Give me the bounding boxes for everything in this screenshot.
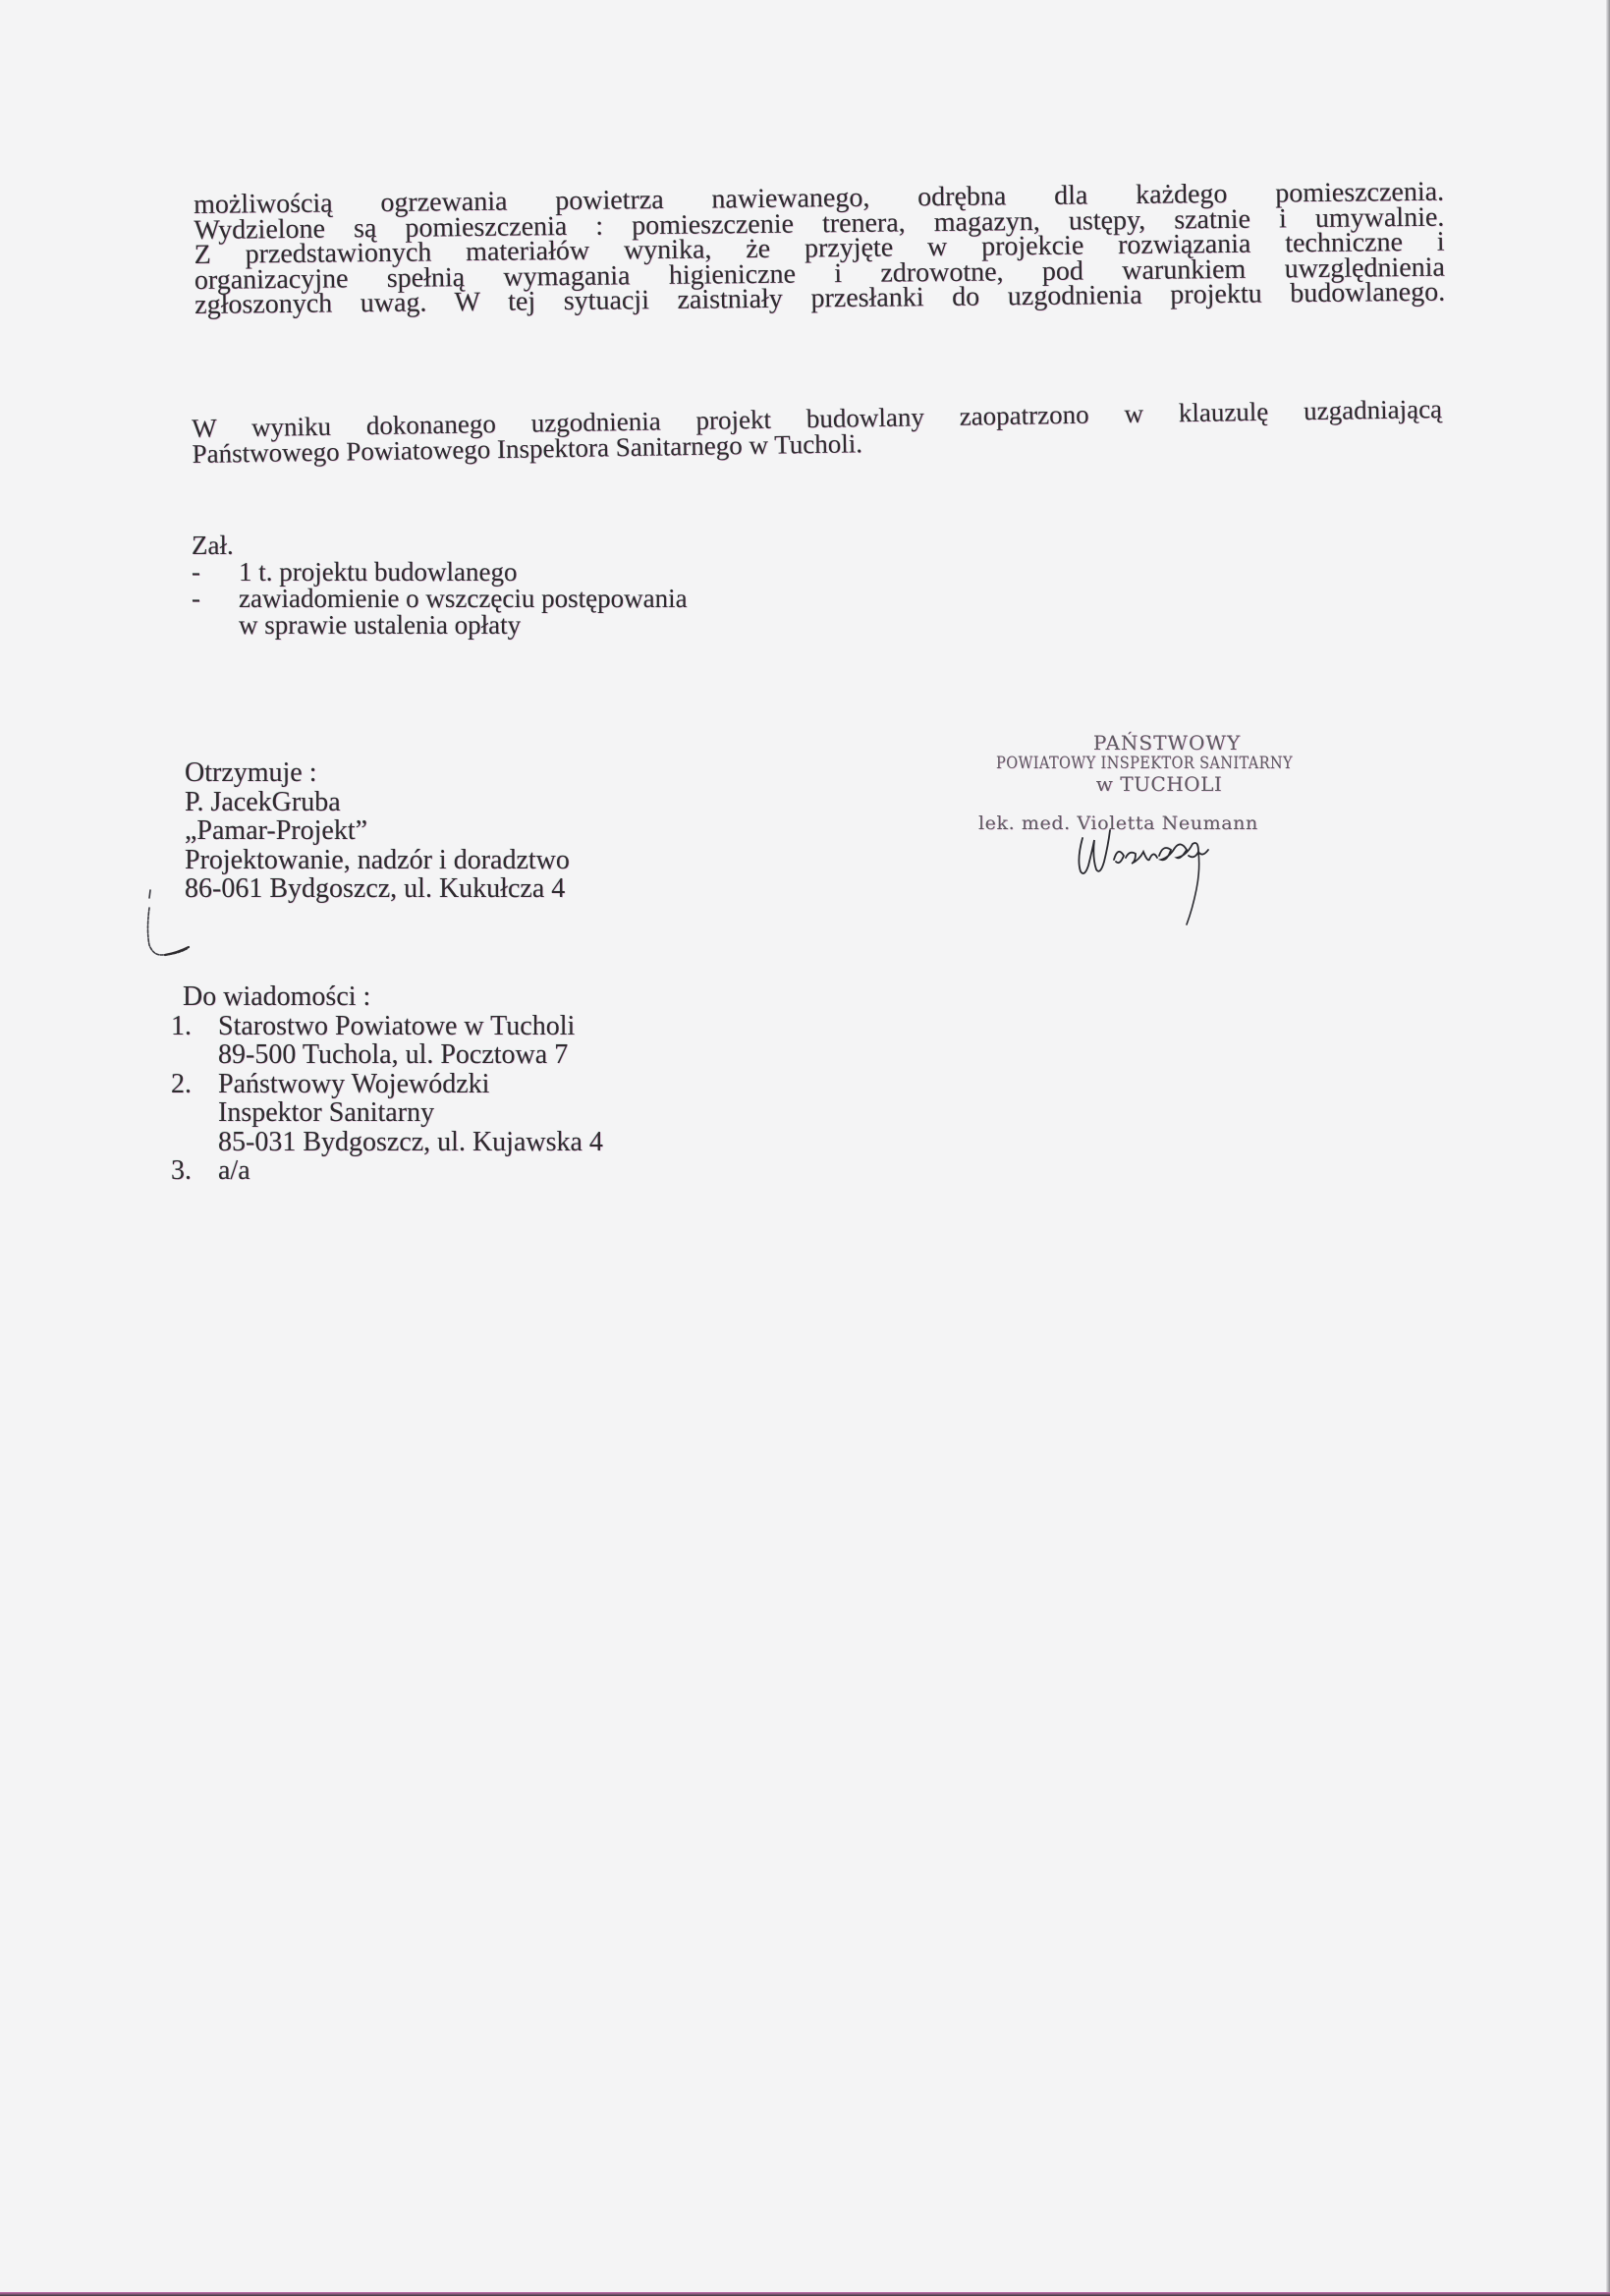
scanned-document-page: { "document": { "paragraph_1": { "lines"… — [0, 0, 1610, 2296]
bullet-dash: - — [192, 586, 239, 612]
copies-to-section: Do wiadomości : 1.Starostwo Powiatowe w … — [183, 982, 603, 1186]
recipient-name: P. JacekGruba — [185, 788, 570, 817]
copies-to-heading: Do wiadomości : — [183, 982, 603, 1012]
recipient-heading: Otrzymuje : — [185, 758, 570, 788]
copies-to-text: Inspektor Sanitarny — [218, 1097, 434, 1128]
copies-to-item: 1.Starostwo Powiatowe w Tucholi — [183, 1012, 603, 1041]
list-number: 2. — [171, 1070, 218, 1099]
page-edge-right — [1606, 0, 1610, 2296]
body-paragraph-1: możliwością ogrzewania powietrza nawiewa… — [194, 180, 1445, 318]
list-number: 1. — [171, 1012, 218, 1041]
handwritten-bracket-mark — [145, 886, 194, 965]
recipient-company: „Pamar-Projekt” — [185, 816, 570, 846]
stamp-line-2: POWIATOWY INSPEKTOR SANITARNY — [965, 754, 1324, 773]
bullet-dash: - — [192, 559, 239, 586]
attachments-section: Zał. -1 t. projektu budowlanego -zawiado… — [192, 532, 688, 639]
copies-to-item-continuation: 85-031 Bydgoszcz, ul. Kujawska 4 — [183, 1128, 603, 1157]
handwritten-signature — [1071, 801, 1248, 928]
copies-to-item: 2.Państwowy Wojewódzki — [183, 1070, 603, 1099]
recipient-description: Projektowanie, nadzór i doradztwo — [185, 846, 570, 875]
attachment-item-continuation: w sprawie ustalenia opłaty — [192, 612, 688, 639]
attachments-heading: Zał. — [192, 532, 688, 559]
recipient-block: Otrzymuje : P. JacekGruba „Pamar-Projekt… — [185, 758, 570, 904]
copies-to-text: a/a — [218, 1155, 250, 1186]
page-edge-bottom — [0, 2292, 1610, 2296]
copies-to-text: 85-031 Bydgoszcz, ul. Kujawska 4 — [218, 1127, 603, 1157]
attachment-text: zawiadomienie o wszczęciu postępowania — [239, 584, 688, 613]
attachment-text: 1 t. projektu budowlanego — [239, 557, 517, 587]
attachment-item: -1 t. projektu budowlanego — [192, 559, 688, 586]
body-paragraph-2: W wyniku dokonanego uzgodnienia projekt … — [192, 397, 1443, 467]
copies-to-text: 89-500 Tuchola, ul. Pocztowa 7 — [218, 1039, 568, 1070]
copies-to-text: Starostwo Powiatowe w Tucholi — [218, 1011, 575, 1041]
copies-to-text: Państwowy Wojewódzki — [218, 1069, 489, 1099]
copies-to-item-continuation: Inspektor Sanitarny — [183, 1098, 603, 1128]
stamp-line-3: w TUCHOLI — [963, 773, 1356, 795]
attachment-text: w sprawie ustalenia opłaty — [239, 610, 521, 640]
copies-to-item-continuation: 89-500 Tuchola, ul. Pocztowa 7 — [183, 1040, 603, 1070]
recipient-address: 86-061 Bydgoszcz, ul. Kukułcza 4 — [185, 874, 570, 904]
copies-to-item: 3.a/a — [183, 1156, 603, 1186]
attachment-item: -zawiadomienie o wszczęciu postępowania — [192, 586, 688, 612]
list-number: 3. — [171, 1156, 218, 1186]
stamp-line-1: PAŃSTWOWY — [978, 732, 1356, 754]
